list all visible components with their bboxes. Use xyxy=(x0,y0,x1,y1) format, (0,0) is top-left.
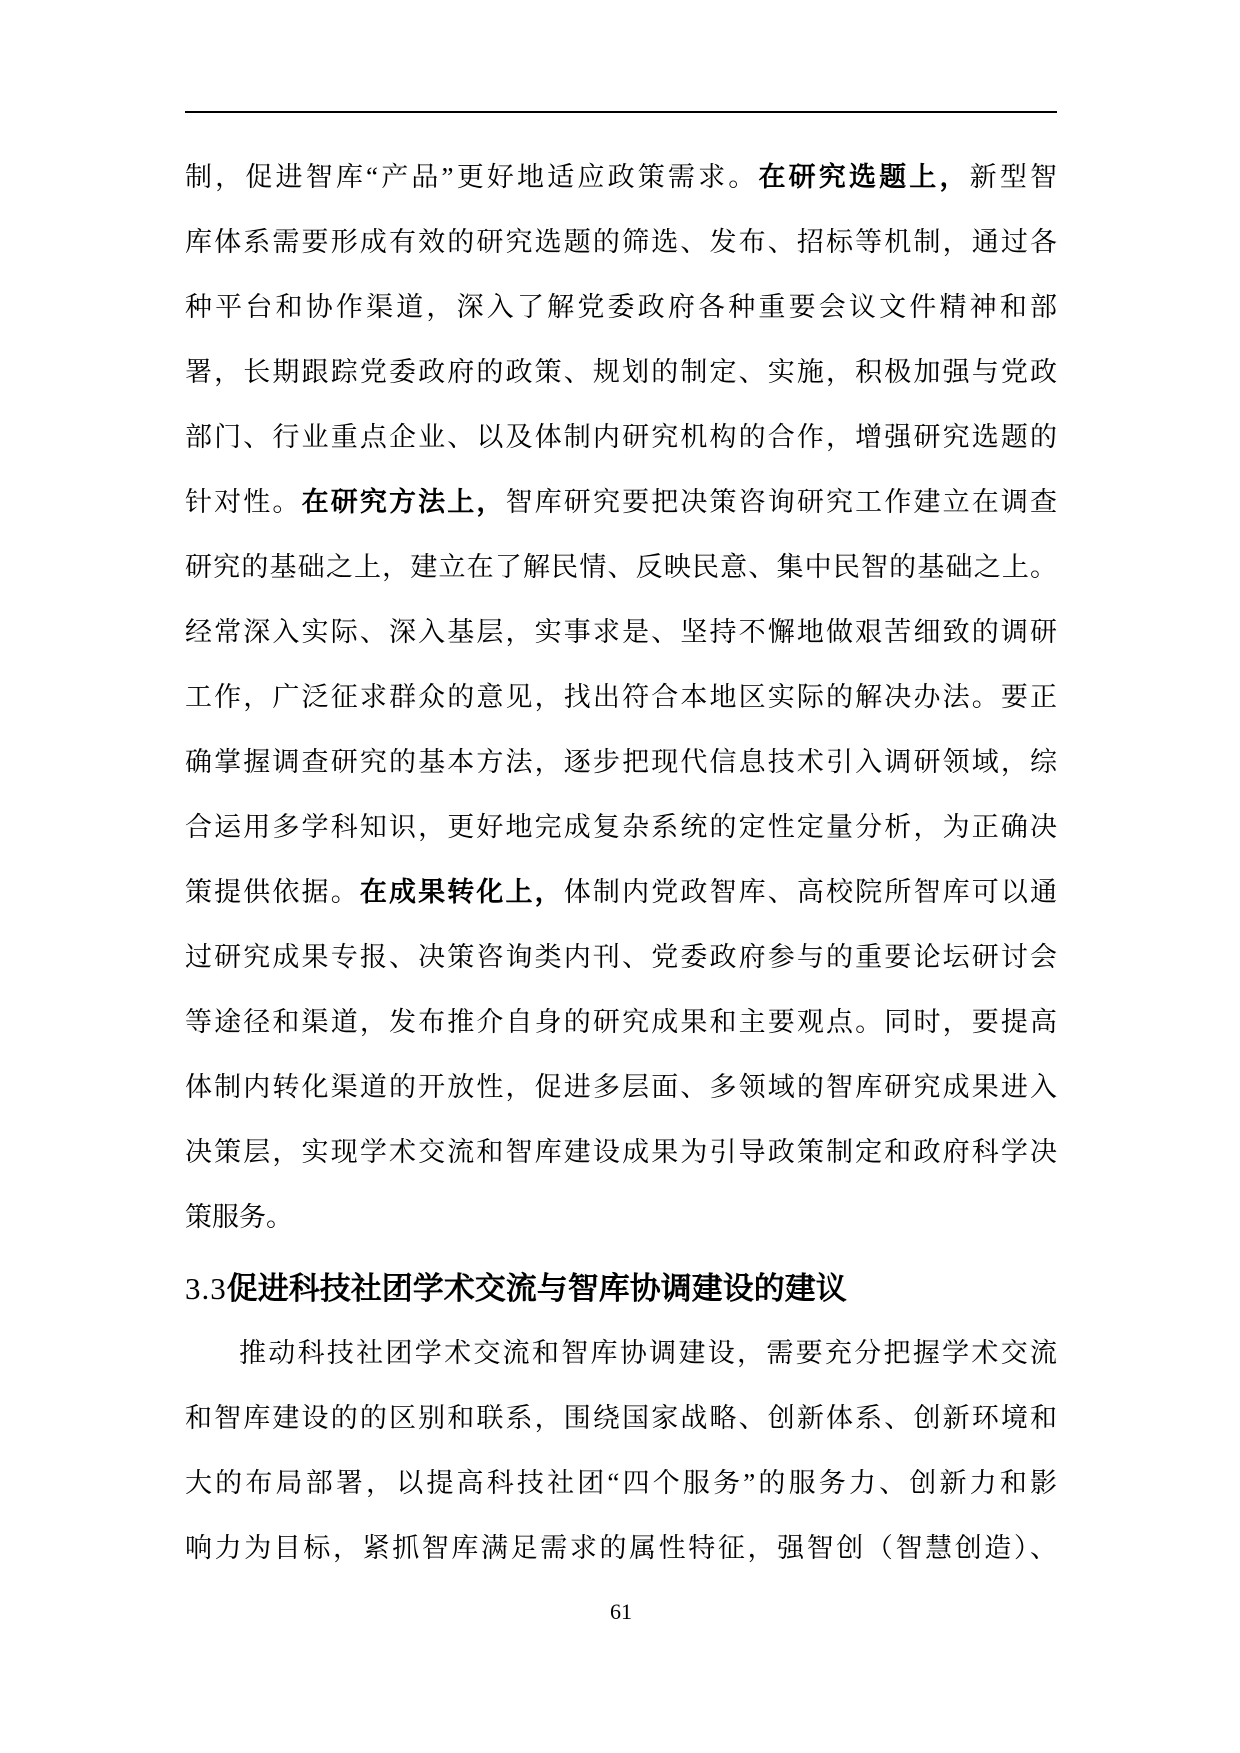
text-line: 推动科技社团学术交流和智库协调建设，需要充分把握学术交流 xyxy=(185,1321,1057,1386)
text-segment: 新型智 xyxy=(970,162,1057,192)
paragraph-1: 制，促进智库“产品”更好地适应政策需求。在研究选题上，新型智 库体系需要形成有效… xyxy=(185,145,1057,1250)
text-segment: 等途径和渠道，发布推介自身的研究成果和主要观点。同时，要提高 xyxy=(185,1007,1057,1037)
section-heading-text: 促进科技社团学术交流与智库协调建设的建议 xyxy=(227,1271,847,1306)
text-line: 种平台和协作渠道，深入了解党委政府各种重要会议文件精神和部 xyxy=(185,275,1057,340)
page-content: 制，促进智库“产品”更好地适应政策需求。在研究选题上，新型智 库体系需要形成有效… xyxy=(185,145,1057,1581)
text-segment: 决策层，实现学术交流和智库建设成果为引导政策制定和政府科学决 xyxy=(185,1137,1057,1167)
text-line: 响力为目标，紧抓智库满足需求的属性特征，强智创（智慧创造）、 xyxy=(185,1516,1057,1581)
text-line: 策提供依据。在成果转化上，体制内党政智库、高校院所智库可以通 xyxy=(185,860,1057,925)
text-segment: 研究的基础之上，建立在了解民情、反映民意、集中民智的基础之上。 xyxy=(185,552,1057,582)
bold-text-segment: 在研究方法上， xyxy=(302,487,506,517)
text-segment: 体制内转化渠道的开放性，促进多层面、多领域的智库研究成果进入 xyxy=(185,1072,1057,1102)
text-line: 署，长期跟踪党委政府的政策、规划的制定、实施，积极加强与党政 xyxy=(185,340,1057,405)
text-segment: 推动科技社团学术交流和智库协调建设，需要充分把握学术交流 xyxy=(239,1338,1057,1368)
text-segment: 大的布局部署，以提高科技社团“四个服务”的服务力、创新力和影 xyxy=(185,1468,1057,1498)
section-heading: 3.3促进科技社团学术交流与智库协调建设的建议 xyxy=(185,1256,1057,1321)
text-line: 部门、行业重点企业、以及体制内研究机构的合作，增强研究选题的 xyxy=(185,405,1057,470)
text-line: 过研究成果专报、决策咨询类内刊、党委政府参与的重要论坛研讨会 xyxy=(185,925,1057,990)
text-segment: 和智库建设的的区别和联系，围绕国家战略、创新体系、创新环境和 xyxy=(185,1403,1057,1433)
document-page: 制，促进智库“产品”更好地适应政策需求。在研究选题上，新型智 库体系需要形成有效… xyxy=(0,0,1240,1753)
text-segment: 过研究成果专报、决策咨询类内刊、党委政府参与的重要论坛研讨会 xyxy=(185,942,1057,972)
text-line: 工作，广泛征求群众的意见，找出符合本地区实际的解决办法。要正 xyxy=(185,665,1057,730)
section-heading-number: 3.3 xyxy=(185,1271,227,1306)
text-line: 决策层，实现学术交流和智库建设成果为引导政策制定和政府科学决 xyxy=(185,1120,1057,1185)
bold-text-segment: 在研究选题上， xyxy=(758,162,969,192)
text-segment: 确掌握调查研究的基本方法，逐步把现代信息技术引入调研领域，综 xyxy=(185,747,1057,777)
text-segment: 响力为目标，紧抓智库满足需求的属性特征，强智创（智慧创造）、 xyxy=(185,1533,1057,1563)
text-line: 确掌握调查研究的基本方法，逐步把现代信息技术引入调研领域，综 xyxy=(185,730,1057,795)
text-line: 合运用多学科知识，更好地完成复杂系统的定性定量分析，为正确决 xyxy=(185,795,1057,860)
text-line: 等途径和渠道，发布推介自身的研究成果和主要观点。同时，要提高 xyxy=(185,990,1057,1055)
text-segment: 智库研究要把决策咨询研究工作建立在调查 xyxy=(506,487,1057,517)
text-line: 体制内转化渠道的开放性，促进多层面、多领域的智库研究成果进入 xyxy=(185,1055,1057,1120)
text-segment: 种平台和协作渠道，深入了解党委政府各种重要会议文件精神和部 xyxy=(185,292,1057,322)
text-segment: 制，促进智库“产品”更好地适应政策需求。 xyxy=(185,162,758,192)
text-line: 策服务。 xyxy=(185,1185,1057,1250)
text-line: 和智库建设的的区别和联系，围绕国家战略、创新体系、创新环境和 xyxy=(185,1386,1057,1451)
header-rule xyxy=(185,111,1057,113)
text-segment: 针对性。 xyxy=(185,487,302,517)
bold-text-segment: 在成果转化上， xyxy=(360,877,564,907)
text-segment: 部门、行业重点企业、以及体制内研究机构的合作，增强研究选题的 xyxy=(185,422,1057,452)
text-segment: 策提供依据。 xyxy=(185,877,360,907)
text-segment: 策服务。 xyxy=(185,1202,293,1232)
paragraph-2: 推动科技社团学术交流和智库协调建设，需要充分把握学术交流 和智库建设的的区别和联… xyxy=(185,1321,1057,1581)
page-footer: 61 xyxy=(185,1597,1057,1627)
text-segment: 经常深入实际、深入基层，实事求是、坚持不懈地做艰苦细致的调研 xyxy=(185,617,1057,647)
text-line: 研究的基础之上，建立在了解民情、反映民意、集中民智的基础之上。 xyxy=(185,535,1057,600)
page-number: 61 xyxy=(610,1599,632,1624)
text-segment: 工作，广泛征求群众的意见，找出符合本地区实际的解决办法。要正 xyxy=(185,682,1057,712)
text-line: 大的布局部署，以提高科技社团“四个服务”的服务力、创新力和影 xyxy=(185,1451,1057,1516)
text-line: 制，促进智库“产品”更好地适应政策需求。在研究选题上，新型智 xyxy=(185,145,1057,210)
text-segment: 署，长期跟踪党委政府的政策、规划的制定、实施，积极加强与党政 xyxy=(185,357,1057,387)
text-segment: 合运用多学科知识，更好地完成复杂系统的定性定量分析，为正确决 xyxy=(185,812,1057,842)
text-line: 经常深入实际、深入基层，实事求是、坚持不懈地做艰苦细致的调研 xyxy=(185,600,1057,665)
text-line: 库体系需要形成有效的研究选题的筛选、发布、招标等机制，通过各 xyxy=(185,210,1057,275)
text-segment: 库体系需要形成有效的研究选题的筛选、发布、招标等机制，通过各 xyxy=(185,227,1057,257)
text-segment: 体制内党政智库、高校院所智库可以通 xyxy=(564,877,1057,907)
text-line: 针对性。在研究方法上，智库研究要把决策咨询研究工作建立在调查 xyxy=(185,470,1057,535)
